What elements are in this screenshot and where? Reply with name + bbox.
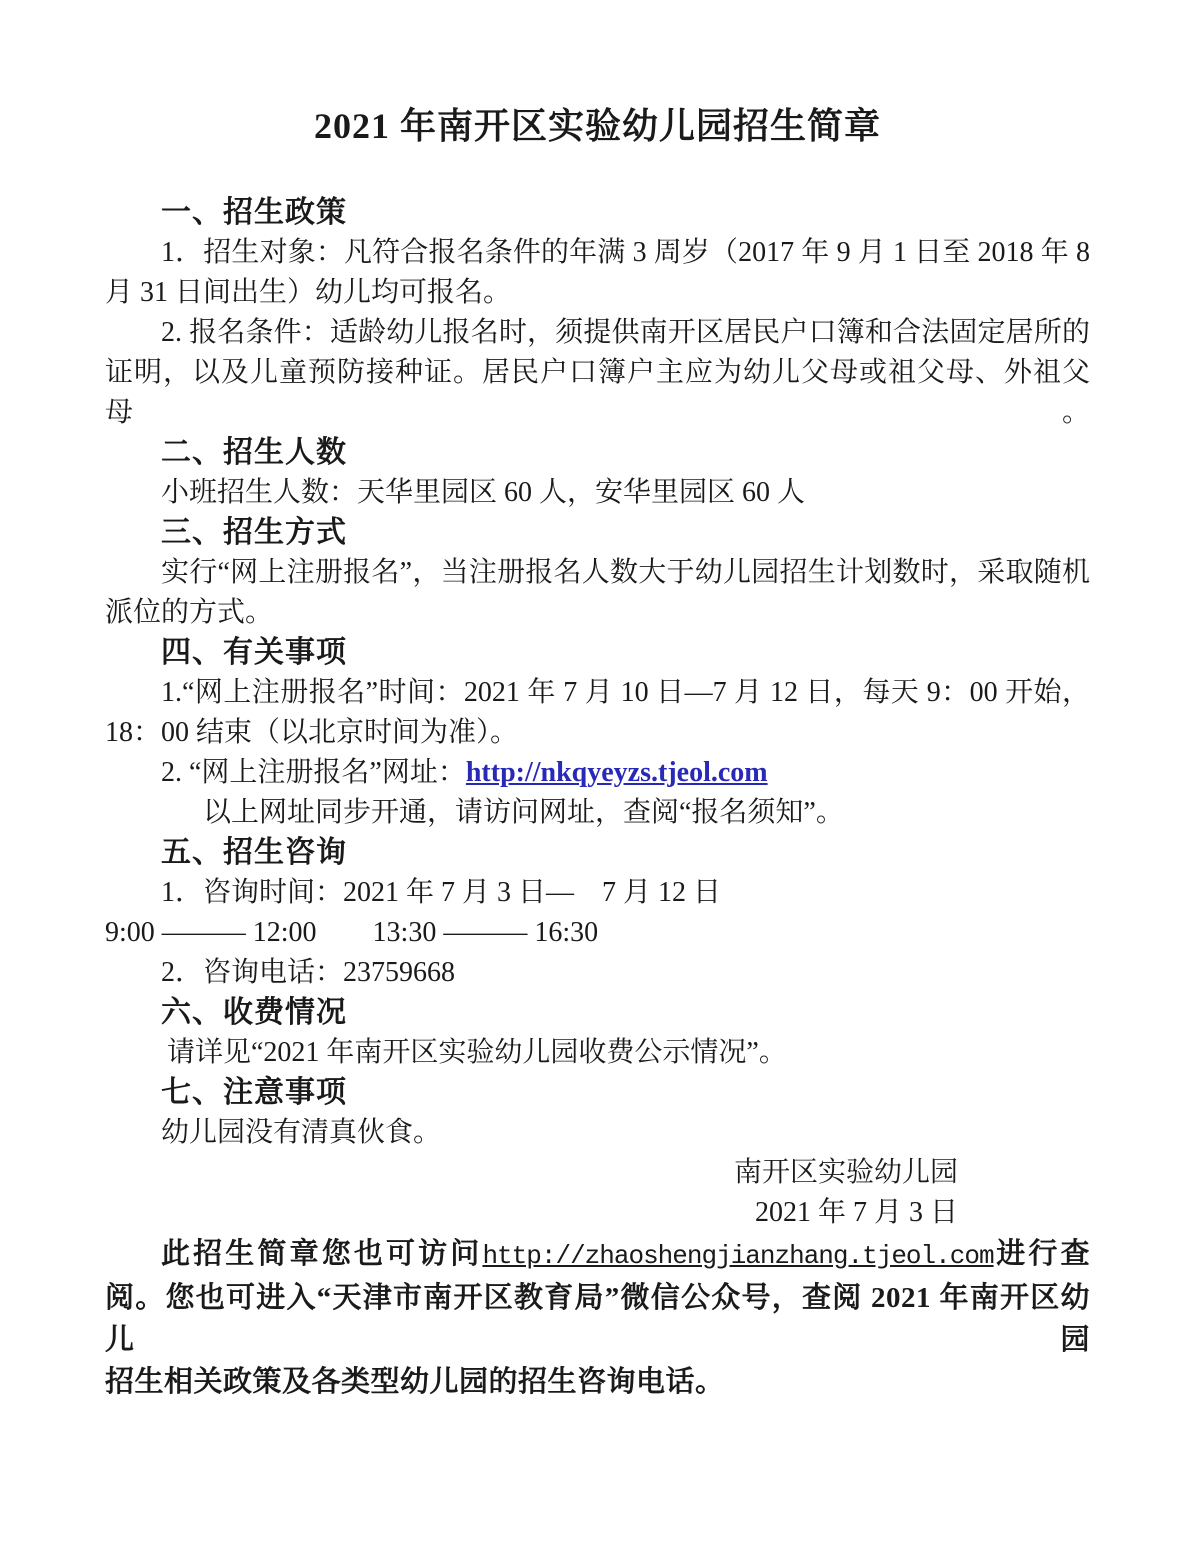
section-method-heading-text: 三、招生方式	[161, 516, 347, 549]
consult-time-line-text: 1．咨询时间：2021 年 7 月 3 日— 7 月 12 日	[161, 877, 721, 908]
matters-item-2-note: 以上网址同步开通，请访问网址，查阅“报名须知”。	[105, 793, 1090, 833]
footer-line-1-suffix: 进行查	[994, 1238, 1090, 1270]
footer-line-3: 招生相关政策及各类型幼儿园的招生咨询电话。	[105, 1361, 1090, 1403]
method-line-2: 派位的方式。	[105, 593, 1090, 633]
section-capacity-heading: 二、招生人数	[105, 433, 1090, 473]
announcement-site-link[interactable]: http://zhaoshengjianzhang.tjeol.com	[482, 1241, 993, 1271]
matters-item-1-line-2-text: 18：00 结束（以北京时间为准）。	[105, 717, 518, 748]
policy-item-2-line-2-text: 证明，以及儿童预防接种证。居民户口簿户主应为幼儿父母或祖父母、外祖父母。	[105, 357, 1090, 428]
policy-item-2-line-1-text: 2. 报名条件：适龄幼儿报名时，须提供南开区居民户口簿和合法固定居所的	[161, 317, 1090, 348]
matters-item-1-line-2: 18：00 结束（以北京时间为准）。	[105, 713, 1090, 753]
matters-item-2-line: 2. “网上注册报名”网址：http://nkqyeyzs.tjeol.com	[105, 753, 1090, 793]
policy-item-1-line-1-text: 1．招生对象：凡符合报名条件的年满 3 周岁（2017 年 9 月 1 日至 2…	[161, 237, 1090, 268]
capacity-line-text: 小班招生人数：天华里园区 60 人，安华里园区 60 人	[161, 477, 805, 508]
section-consult-heading: 五、招生咨询	[105, 833, 1090, 873]
matters-item-1-line-1: 1.“网上注册报名”时间：2021 年 7 月 10 日—7 月 12 日，每天…	[105, 673, 1090, 713]
consult-phone-line-text: 2．咨询电话：23759668	[161, 957, 455, 988]
consult-phone-line: 2．咨询电话：23759668	[105, 953, 1090, 993]
method-line-1-text: 实行“网上注册报名”，当注册报名人数大于幼儿园招生计划数时，采取随机	[161, 557, 1090, 588]
document-page: 2021 年南开区实验幼儿园招生简章 一、招生政策1．招生对象：凡符合报名条件的…	[0, 0, 1200, 1552]
method-line-2-text: 派位的方式。	[105, 597, 273, 628]
section-capacity-heading-text: 二、招生人数	[161, 436, 347, 469]
signature-name-text: 南开区实验幼儿园	[734, 1157, 958, 1188]
capacity-line: 小班招生人数：天华里园区 60 人，安华里园区 60 人	[105, 473, 1090, 513]
section-policy-heading-text: 一、招生政策	[161, 196, 347, 229]
policy-item-2-line-2: 证明，以及儿童预防接种证。居民户口簿户主应为幼儿父母或祖父母、外祖父母。	[105, 353, 1090, 433]
footer-line-1: 此招生简章您也可访问http://zhaoshengjianzhang.tjeo…	[105, 1233, 1090, 1277]
policy-item-2-line-1: 2. 报名条件：适龄幼儿报名时，须提供南开区居民户口簿和合法固定居所的	[105, 313, 1090, 353]
section-consult-heading-text: 五、招生咨询	[161, 836, 347, 869]
signature-date-text: 2021 年 7 月 3 日	[755, 1197, 958, 1228]
policy-item-1-line-2-text: 月 31 日间出生）幼儿均可报名。	[105, 277, 511, 308]
policy-item-1-line-1: 1．招生对象：凡符合报名条件的年满 3 周岁（2017 年 9 月 1 日至 2…	[105, 233, 1090, 273]
consult-hours-line: 9:00 ——— 12:00 13:30 ——— 16:30	[105, 913, 1090, 953]
fees-line-text: 请详见“2021 年南开区实验幼儿园收费公示情况”。	[167, 1037, 787, 1068]
matters-item-1-line-1-text: 1.“网上注册报名”时间：2021 年 7 月 10 日—7 月 12 日，每天…	[161, 677, 1090, 708]
fees-line: 请详见“2021 年南开区实验幼儿园收费公示情况”。	[105, 1033, 1090, 1073]
footer-line-2-text: 阅。您也可进入“天津市南开区教育局”微信公众号，查阅 2021 年南开区幼儿园	[105, 1282, 1090, 1356]
matters-item-2-label: 2. “网上注册报名”网址：	[161, 757, 466, 788]
consult-time-line: 1．咨询时间：2021 年 7 月 3 日— 7 月 12 日	[105, 873, 1090, 913]
section-matters-heading: 四、有关事项	[105, 633, 1090, 673]
section-fees-heading-text: 六、收费情况	[161, 996, 347, 1029]
signature-name: 南开区实验幼儿园	[105, 1153, 1090, 1193]
footer-line-2: 阅。您也可进入“天津市南开区教育局”微信公众号，查阅 2021 年南开区幼儿园	[105, 1277, 1090, 1361]
section-matters-heading-text: 四、有关事项	[161, 636, 347, 669]
footer-line-3-text: 招生相关政策及各类型幼儿园的招生咨询电话。	[105, 1366, 725, 1398]
notes-line: 幼儿园没有清真伙食。	[105, 1113, 1090, 1153]
notes-line-text: 幼儿园没有清真伙食。	[161, 1117, 441, 1148]
footer-line-1-prefix: 此招生简章您也可访问	[161, 1238, 482, 1270]
document-title: 2021 年南开区实验幼儿园招生简章	[105, 103, 1090, 149]
document-body: 一、招生政策1．招生对象：凡符合报名条件的年满 3 周岁（2017 年 9 月 …	[105, 193, 1090, 1403]
section-notes-heading-text: 七、注意事项	[161, 1076, 347, 1109]
section-method-heading: 三、招生方式	[105, 513, 1090, 553]
registration-site-link[interactable]: http://nkqyeyzs.tjeol.com	[466, 757, 768, 788]
policy-item-1-line-2: 月 31 日间出生）幼儿均可报名。	[105, 273, 1090, 313]
section-policy-heading: 一、招生政策	[105, 193, 1090, 233]
document-content: 2021 年南开区实验幼儿园招生简章 一、招生政策1．招生对象：凡符合报名条件的…	[105, 103, 1090, 1403]
consult-hours-line-text: 9:00 ——— 12:00 13:30 ——— 16:30	[105, 917, 598, 948]
signature-date: 2021 年 7 月 3 日	[105, 1193, 1090, 1233]
matters-item-2-note-text: 以上网址同步开通，请访问网址，查阅“报名须知”。	[203, 797, 844, 828]
section-notes-heading: 七、注意事项	[105, 1073, 1090, 1113]
section-fees-heading: 六、收费情况	[105, 993, 1090, 1033]
method-line-1: 实行“网上注册报名”，当注册报名人数大于幼儿园招生计划数时，采取随机	[105, 553, 1090, 593]
